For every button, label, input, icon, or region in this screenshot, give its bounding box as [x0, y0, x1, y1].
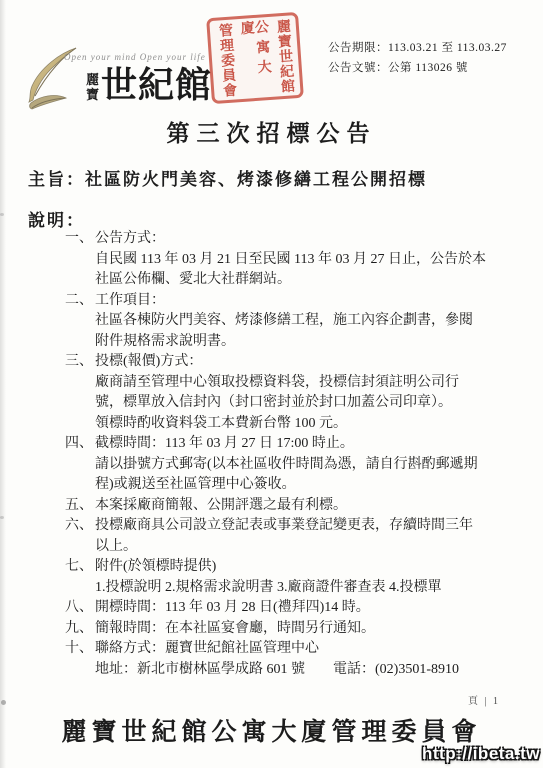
- list-item: 二、 工作項目： 社區各棟防火門美容、烤漆修繕工程，施工內容企劃書，參閱 附件規…: [65, 291, 517, 353]
- explanation-list: 一、 公告方式： 自民國 113 年 03 月 21 日至民國 113 年 03…: [65, 229, 517, 680]
- tender-notice-document: Open your mind Open your life 麗寶 世紀館 麗寶世…: [0, 0, 543, 768]
- item-line: 社區公佈欄、愛北大社群網站。: [95, 270, 517, 291]
- item-line: 號，標單放入信封內（封口密封並於封口加蓋公司印章）。: [95, 393, 517, 414]
- item-line: 開標時間：113 年 03 月 28 日(禮拜四)14 時。: [95, 598, 517, 619]
- item-line: 投標(報價)方式：: [95, 352, 517, 373]
- item-number: 三、: [65, 352, 95, 434]
- scan-speck: [0, 516, 4, 519]
- item-line: 附件規格需求說明書。: [95, 332, 517, 353]
- item-number: 一、: [65, 229, 95, 291]
- page-title: 第三次招標公告: [0, 115, 543, 148]
- page-number: 頁 | 1: [468, 692, 500, 707]
- item-line: 截標時間：113 年 03 月 27 日 17:00 時止。: [95, 434, 517, 455]
- item-number: 十、: [65, 639, 95, 680]
- list-item: 一、 公告方式： 自民國 113 年 03 月 21 日至民國 113 年 03…: [65, 229, 517, 291]
- community-logo: Open your mind Open your life 麗寶 世紀館: [22, 46, 212, 116]
- brand-name-large: 世紀館: [101, 66, 212, 104]
- list-item: 八、 開標時間：113 年 03 月 28 日(禮拜四)14 時。: [65, 598, 517, 619]
- list-item: 六、 投標廠商具公司設立登記表或事業登記變更表，存續時間三年 以上。: [65, 516, 517, 557]
- explanation-label: 說明：: [28, 206, 85, 231]
- list-item: 十、 聯絡方式：麗寶世紀館社區管理中心 地址：新北市樹林區學成路 601 號 電…: [65, 639, 517, 680]
- footer-organization: 麗寶世紀館公寓大廈管理委員會: [0, 712, 543, 748]
- seal-column: 麗寶世紀館: [274, 18, 293, 94]
- item-line: 廠商請至管理中心領取投標資料袋，投標信封須註明公司行: [95, 373, 517, 394]
- item-line: 領標時酌收資料袋工本費新台幣 100 元。: [95, 414, 517, 435]
- list-item: 三、 投標(報價)方式： 廠商請至管理中心領取投標資料袋，投標信封須註明公司行 …: [65, 352, 517, 434]
- item-line: 以上。: [95, 537, 517, 558]
- item-number: 八、: [65, 598, 95, 619]
- item-number: 九、: [65, 619, 95, 640]
- item-line: 地址：新北市樹林區學成路 601 號 電話：(02)3501-8910: [95, 660, 517, 681]
- item-line: 公告方式：: [95, 229, 517, 250]
- brand-name-small: 麗寶: [86, 72, 101, 102]
- site-watermark: http://ibeta.tw: [422, 744, 540, 764]
- item-number: 五、: [65, 496, 95, 517]
- item-line: 本案採廠商簡報、公開評選之最有利標。: [95, 496, 517, 517]
- announcement-period: 公告期限：113.03.21 至 113.03.27: [328, 38, 507, 58]
- item-line: 附件(於領標時提供): [95, 557, 517, 578]
- item-number: 二、: [65, 291, 95, 353]
- seal-column: 管理委員會: [216, 22, 235, 98]
- seal-column: 公寓大廈: [238, 19, 271, 97]
- notice-meta: 公告期限：113.03.21 至 113.03.27 公告文號：公第 11302…: [328, 38, 507, 78]
- item-line: 社區各棟防火門美容、烤漆修繕工程，施工內容企劃書，參閱: [95, 311, 517, 332]
- list-item: 九、 簡報時間：在本社區宴會廳，時間另行通知。: [65, 619, 517, 640]
- item-line: 投標廠商具公司設立登記表或事業登記變更表，存續時間三年: [95, 516, 517, 537]
- brand-name: 麗寶 世紀館: [86, 66, 212, 104]
- item-line: 工作項目：: [95, 291, 517, 312]
- document-number: 公告文號：公第 113026 號: [328, 58, 507, 78]
- list-item: 五、 本案採廠商簡報、公開評選之最有利標。: [65, 496, 517, 517]
- item-line: 簡報時間：在本社區宴會廳，時間另行通知。: [95, 619, 517, 640]
- item-line: 程)或親送至社區管理中心簽收。: [95, 475, 517, 496]
- scan-speck: [1, 700, 6, 705]
- item-number: 六、: [65, 516, 95, 557]
- logo-slogan: Open your mind Open your life: [64, 52, 206, 62]
- scan-speck: [0, 213, 4, 216]
- item-line: 自民國 113 年 03 月 21 日至民國 113 年 03 月 27 日止，…: [95, 250, 517, 271]
- item-number: 四、: [65, 434, 95, 496]
- item-line: 1.投標說明 2.規格需求說明書 3.廠商證件審查表 4.投標單: [95, 578, 517, 599]
- committee-seal-stamp: 麗寶世紀館 公寓大廈 管理委員會: [206, 12, 304, 104]
- item-number: 七、: [65, 557, 95, 598]
- list-item: 七、 附件(於領標時提供) 1.投標說明 2.規格需求說明書 3.廠商證件審查表…: [65, 557, 517, 598]
- item-line: 請以掛號方式郵寄(以本社區收件時間為憑，請自行斟酌郵遞期: [95, 455, 517, 476]
- list-item: 四、 截標時間：113 年 03 月 27 日 17:00 時止。 請以掛號方式…: [65, 434, 517, 496]
- item-line: 聯絡方式：麗寶世紀館社區管理中心: [95, 639, 517, 660]
- subject-line: 主旨：社區防火門美容、烤漆修繕工程公開招標: [28, 165, 427, 190]
